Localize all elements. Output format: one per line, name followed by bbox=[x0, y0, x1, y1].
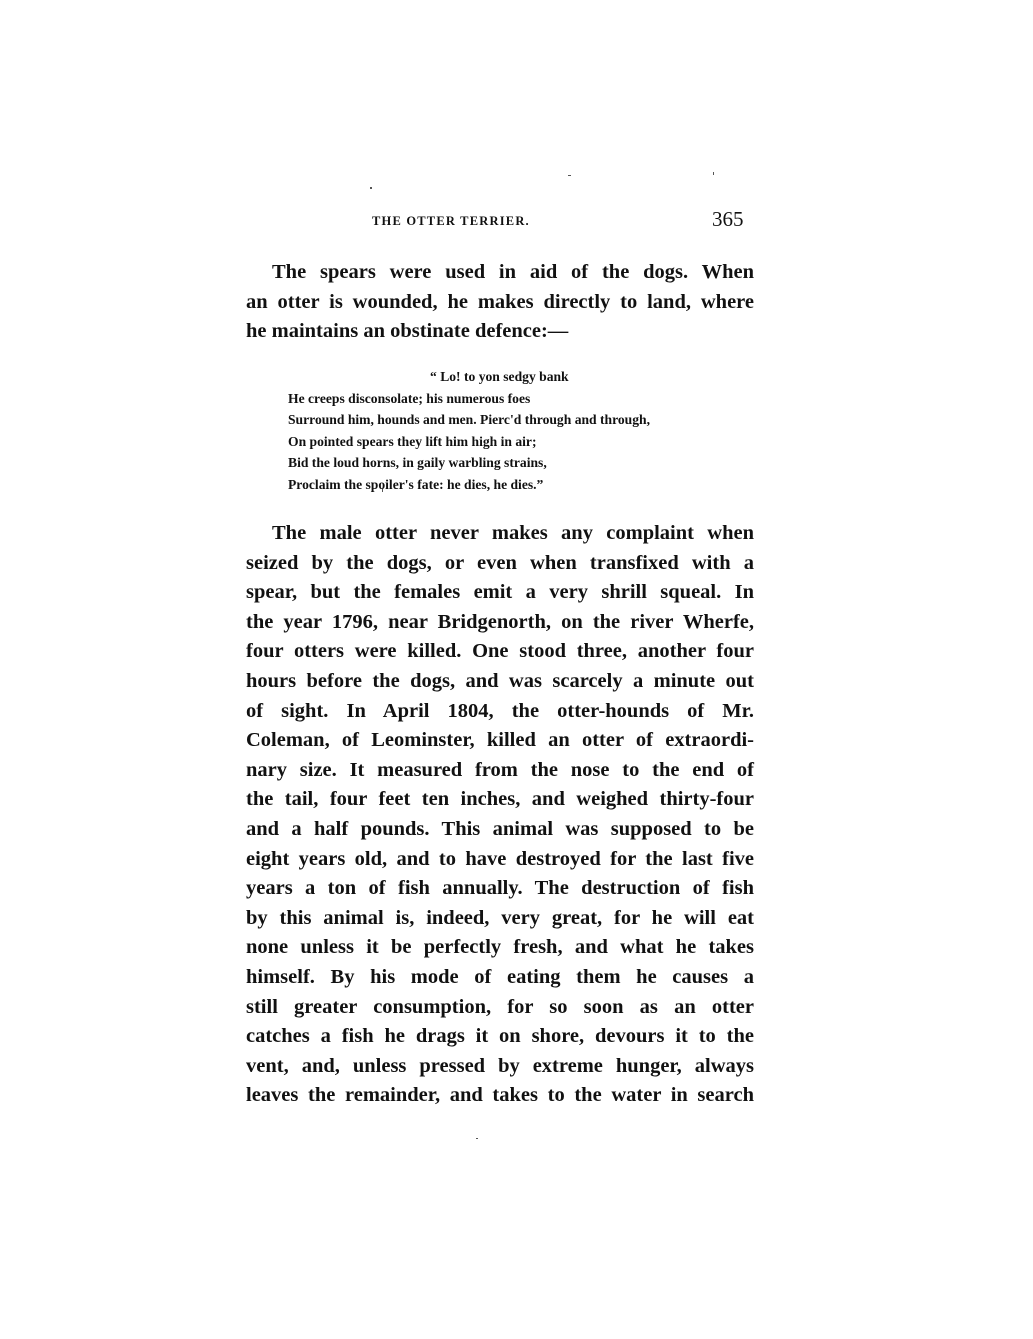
text-line: years a ton of fish annually. The destru… bbox=[246, 874, 754, 904]
text-line: himself. By his mode of eating them he c… bbox=[246, 963, 754, 993]
text-line: leaves the remainder, and takes to the w… bbox=[246, 1081, 754, 1111]
text-line: the year 1796, near Bridgenorth, on the … bbox=[246, 608, 754, 638]
paragraph-2: The male otter never makes any complaint… bbox=[246, 519, 754, 1111]
text-line: he maintains an obstinate defence:— bbox=[246, 317, 754, 347]
text-line: hours before the dogs, and was scarcely … bbox=[246, 667, 754, 697]
text-line: by this animal is, indeed, very great, f… bbox=[246, 904, 754, 934]
scan-speck bbox=[476, 1138, 478, 1139]
text-line: four otters were killed. One stood three… bbox=[246, 637, 754, 667]
scan-speck bbox=[713, 172, 714, 175]
text-line: none unless it be perfectly fresh, and w… bbox=[246, 933, 754, 963]
text-line: nary size. It measured from the nose to … bbox=[246, 756, 754, 786]
text-line: and a half pounds. This animal was suppo… bbox=[246, 815, 754, 845]
text-line: an otter is wounded, he makes directly t… bbox=[246, 288, 754, 318]
text-line: the tail, four feet ten inches, and weig… bbox=[246, 785, 754, 815]
page-number: 365 bbox=[712, 207, 744, 232]
book-page: THE OTTER TERRIER. 365 The spears were u… bbox=[0, 0, 1033, 1339]
verse-line: On pointed spears they lift him high in … bbox=[288, 431, 650, 453]
text-line: of sight. In April 1804, the otter-hound… bbox=[246, 697, 754, 727]
text-line: Coleman, of Leominster, killed an otter … bbox=[246, 726, 754, 756]
text-line: spear, but the females emit a very shril… bbox=[246, 578, 754, 608]
verse-line: Surround him, hounds and men. Pierc'd th… bbox=[288, 409, 650, 431]
text-line: vent, and, unless pressed by extreme hun… bbox=[246, 1052, 754, 1082]
verse-line: Proclaim the spoiler's fate: he dies, he… bbox=[288, 474, 650, 496]
verse-line: He creeps disconsolate; his numerous foe… bbox=[288, 388, 650, 410]
text-line: seized by the dogs, or even when transfi… bbox=[246, 549, 754, 579]
text-line: The spears were used in aid of the dogs.… bbox=[246, 258, 754, 288]
verse-quotation: “ Lo! to yon sedgy bank He creeps discon… bbox=[288, 366, 650, 495]
text-line: still greater consumption, for so soon a… bbox=[246, 993, 754, 1023]
text-line: eight years old, and to have destroyed f… bbox=[246, 845, 754, 875]
paragraph-1: The spears were used in aid of the dogs.… bbox=[246, 258, 754, 347]
text-line: catches a fish he drags it on shore, dev… bbox=[246, 1022, 754, 1052]
running-head: THE OTTER TERRIER. bbox=[372, 214, 530, 229]
verse-line: “ Lo! to yon sedgy bank bbox=[288, 366, 650, 388]
scan-speck bbox=[370, 187, 372, 189]
text-line: The male otter never makes any complaint… bbox=[246, 519, 754, 549]
scan-speck bbox=[568, 175, 571, 176]
verse-line: Bid the loud horns, in gaily warbling st… bbox=[288, 452, 650, 474]
